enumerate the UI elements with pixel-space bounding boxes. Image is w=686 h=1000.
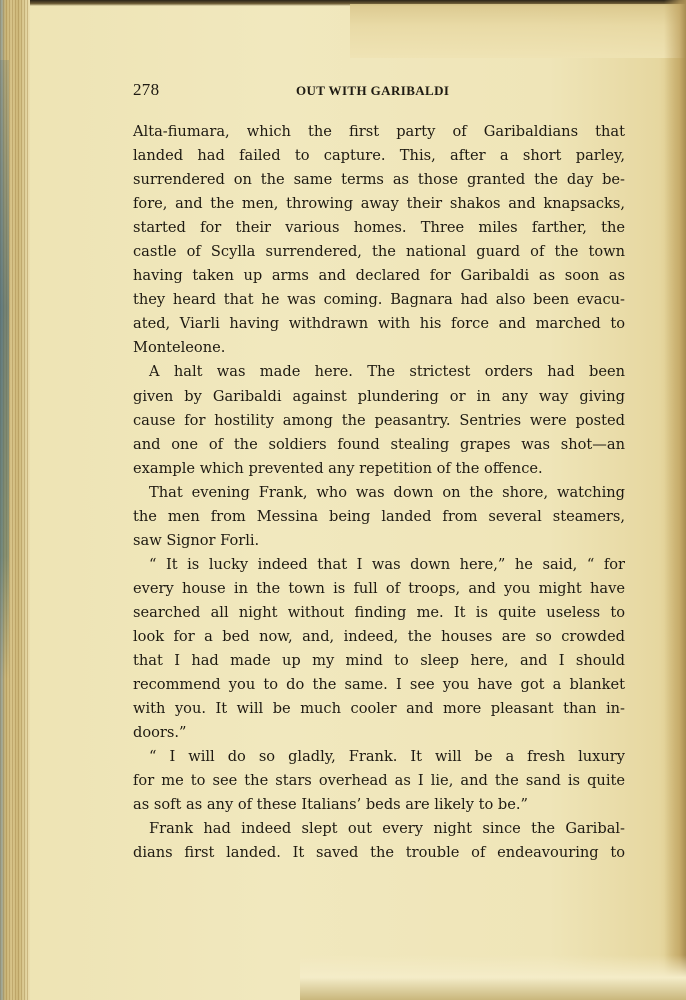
text-line: recommend you to do the same. I see you …: [133, 673, 625, 697]
running-head: 278 OUT WITH GARIBALDI: [133, 76, 625, 100]
binding-stain: [0, 60, 9, 680]
bottom-page-edge: [300, 955, 686, 1000]
text-line: landed had failed to capture. This, afte…: [133, 144, 625, 168]
text-line: every house in the town is full of troop…: [133, 577, 625, 601]
text-line: “ It is lucky indeed that I was down her…: [133, 553, 625, 577]
text-line: the men from Messina being landed from s…: [133, 505, 625, 529]
text-line: cause for hostility among the peasantry.…: [133, 409, 625, 433]
text-line: that I had made up my mind to sleep here…: [133, 649, 625, 673]
text-line: Alta-fiumara, which the first party of G…: [133, 120, 625, 144]
text-line: castle of Scylla surrendered, the nation…: [133, 240, 625, 264]
text-line: for me to see the stars overhead as I li…: [133, 769, 625, 793]
text-line: example which prevented any repetition o…: [133, 457, 625, 481]
text-line: ated, Viarli having withdrawn with his f…: [133, 312, 625, 336]
text-line: A halt was made here. The strictest orde…: [133, 360, 625, 384]
text-line: doors.”: [133, 721, 625, 745]
text-line: Monteleone.: [133, 336, 625, 360]
text-line: having taken up arms and declared for Ga…: [133, 264, 625, 288]
text-line: started for their various homes. Three m…: [133, 216, 625, 240]
next-page-edge: [350, 4, 686, 58]
text-line: searched all night without finding me. I…: [133, 601, 625, 625]
text-line: and one of the soldiers found stealing g…: [133, 433, 625, 457]
text-line: they heard that he was coming. Bagnara h…: [133, 288, 625, 312]
scanned-book-page: 278 OUT WITH GARIBALDI Alta-fiumara, whi…: [0, 0, 686, 1000]
body-text: Alta-fiumara, which the first party of G…: [133, 120, 625, 865]
right-page-edge: [664, 0, 686, 1000]
text-line: saw Signor Forli.: [133, 529, 625, 553]
text-line: look for a bed now, and, indeed, the hou…: [133, 625, 625, 649]
page-content: 278 OUT WITH GARIBALDI Alta-fiumara, whi…: [133, 76, 625, 865]
text-line: given by Garibaldi against plundering or…: [133, 385, 625, 409]
text-line: “ I will do so gladly, Frank. It will be…: [133, 745, 625, 769]
text-line: with you. It will be much cooler and mor…: [133, 697, 625, 721]
running-title: OUT WITH GARIBALDI: [296, 83, 449, 99]
text-line: as soft as any of these Italians’ beds a…: [133, 793, 625, 817]
text-line: fore, and the men, throwing away their s…: [133, 192, 625, 216]
page-number: 278: [133, 80, 159, 100]
text-line: surrendered on the same terms as those g…: [133, 168, 625, 192]
text-line: Frank had indeed slept out every night s…: [133, 817, 625, 841]
text-line: That evening Frank, who was down on the …: [133, 481, 625, 505]
text-line: dians first landed. It saved the trouble…: [133, 841, 625, 865]
